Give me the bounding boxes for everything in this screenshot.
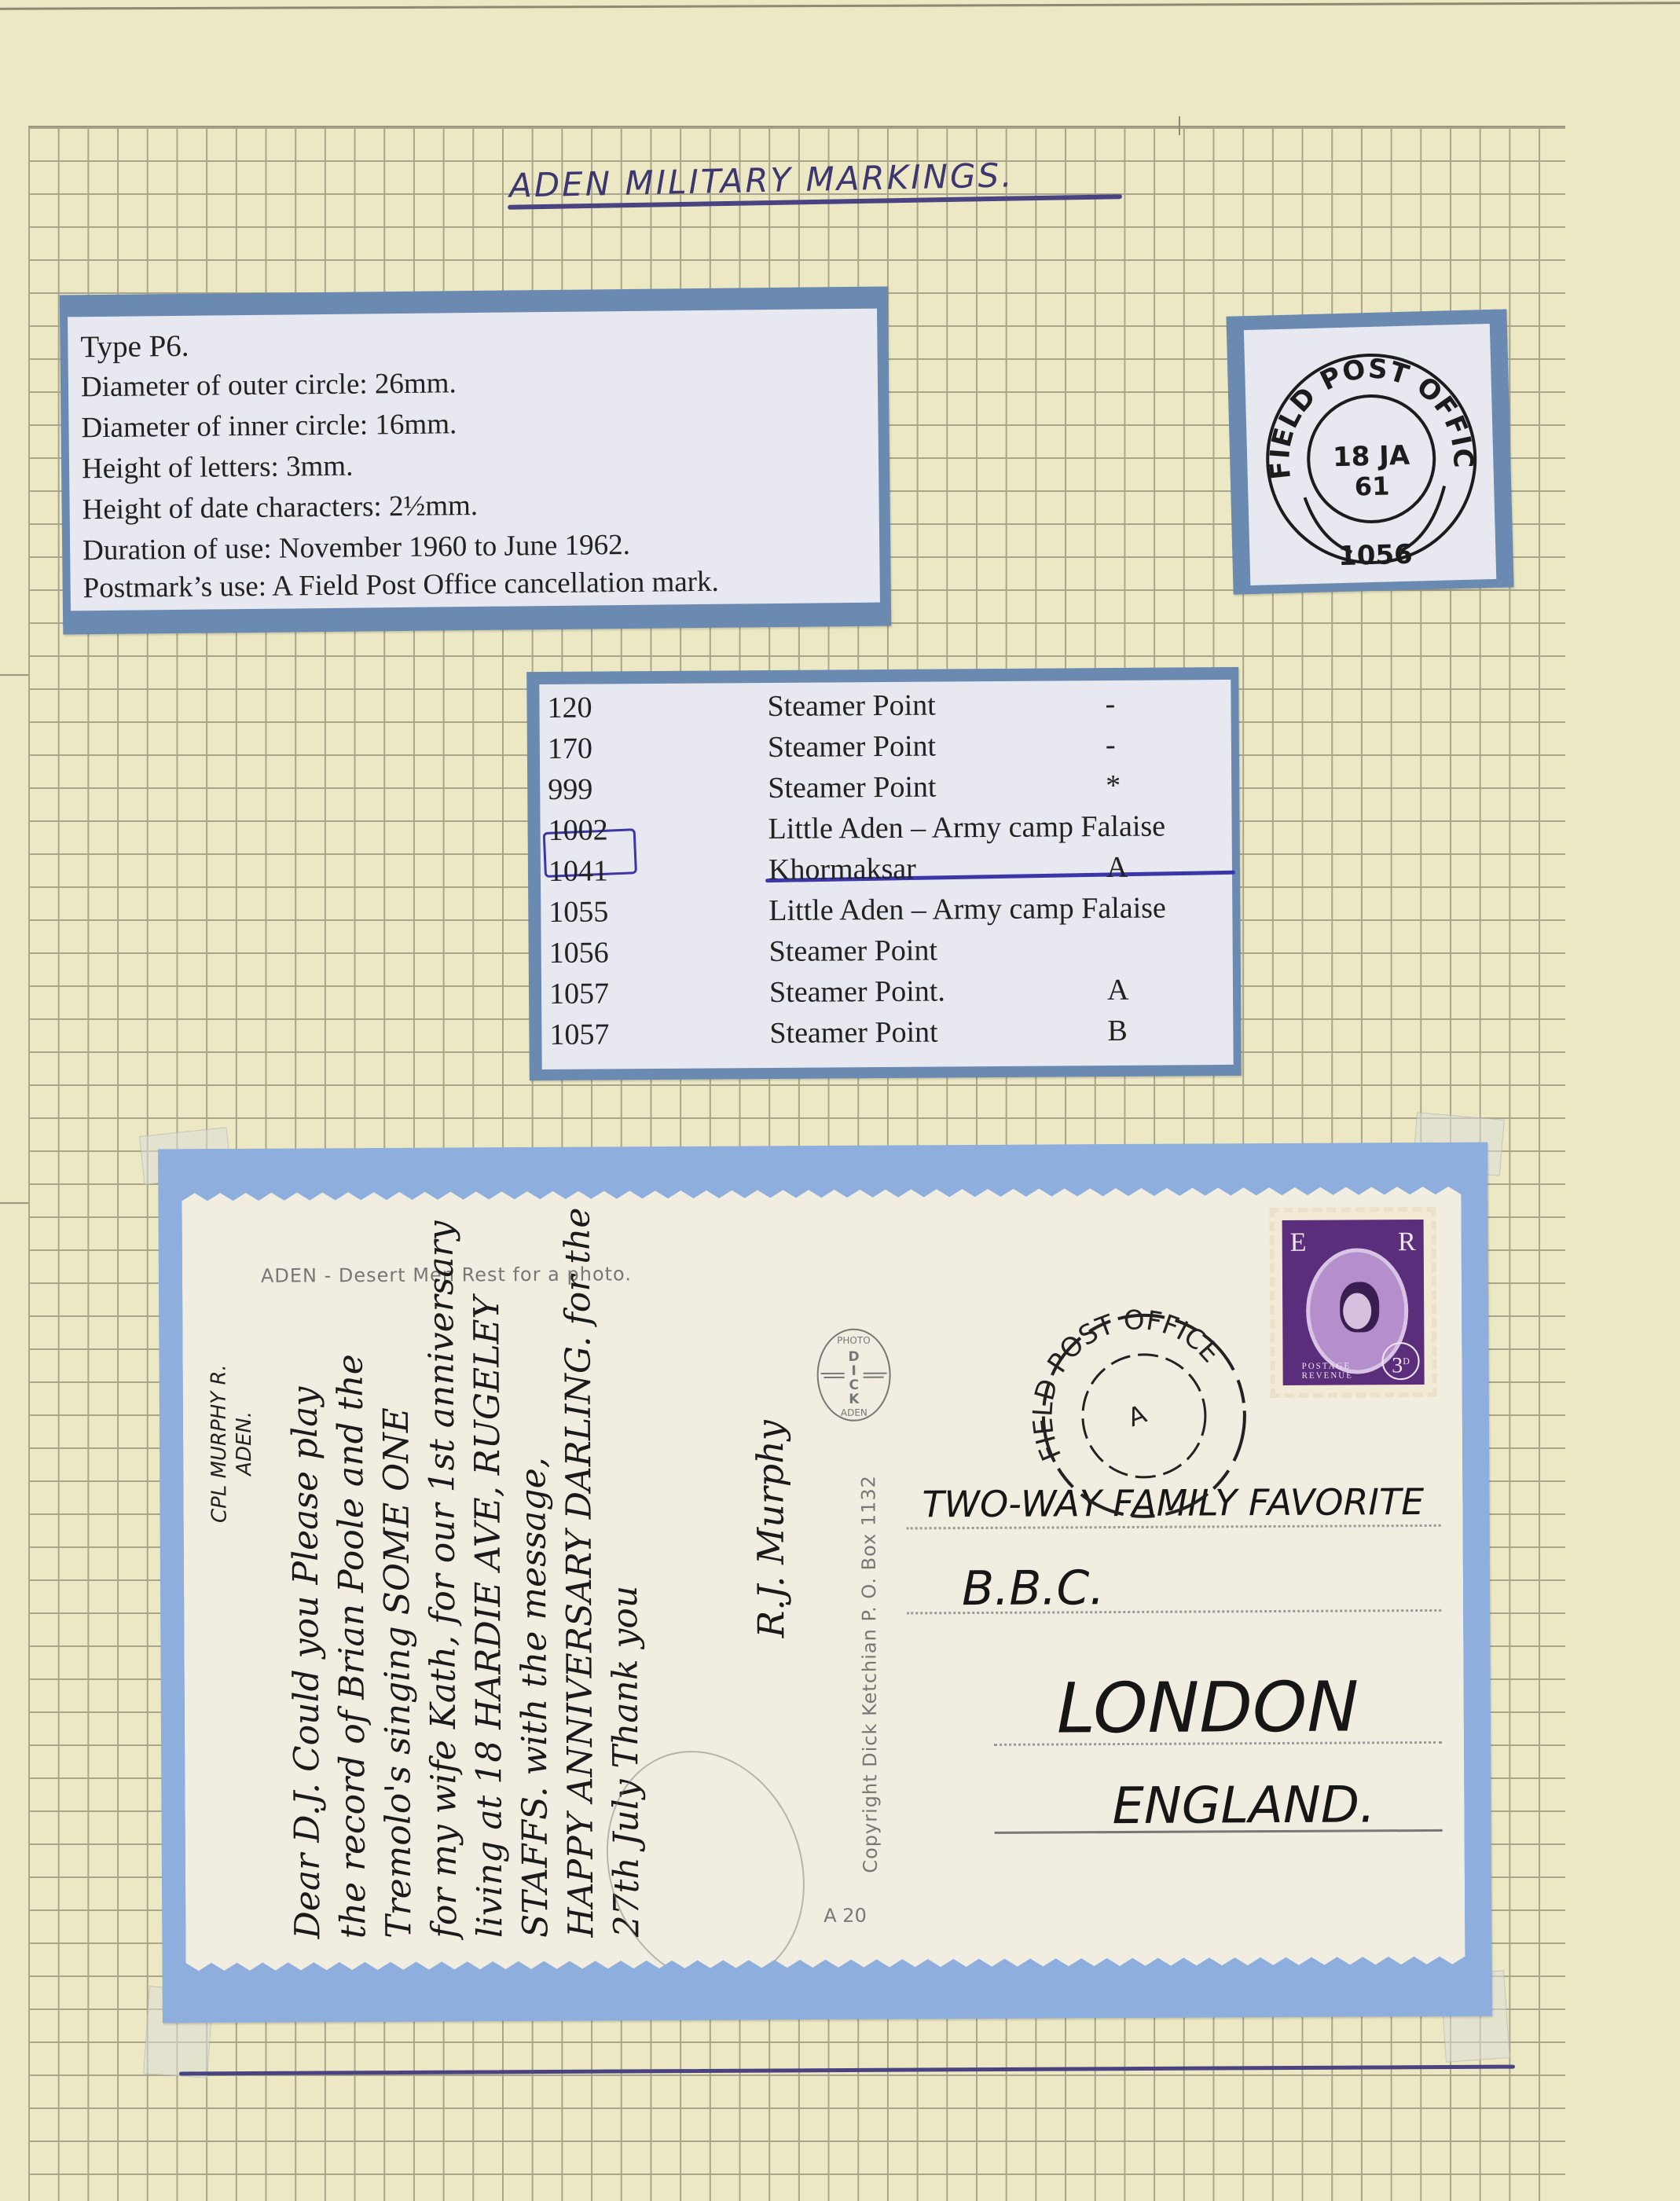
fpo-number: 1057	[549, 976, 609, 1011]
fpo-mark: A	[1107, 973, 1129, 1007]
svg-text:18 JA: 18 JA	[1333, 440, 1411, 474]
postcard-mount: ADEN - Desert Men Rest for a photo. CPL …	[158, 1143, 1492, 2023]
fpo-location: Steamer Point	[767, 688, 936, 724]
copyright-line: Copyright Dick Ketchian P. O. Box 1132	[857, 1475, 882, 1873]
portrait-face	[1343, 1293, 1371, 1329]
spec-card: Type P6. Diameter of outer circle: 26mm.…	[68, 309, 880, 611]
handwritten-message: Dear D.J. Could you Please play the reco…	[284, 1198, 652, 1939]
stamp-value-unit: D	[1403, 1355, 1410, 1366]
stamp-design: E R POSTAGE REVENUE 3D	[1282, 1220, 1425, 1385]
table-row: 1055Little Aden – Army camp Falaise	[541, 890, 1232, 934]
fpo-location: Little Aden – Army camp Falaise	[768, 809, 1165, 846]
stamp-value-number: 3	[1392, 1353, 1403, 1377]
left-margin-tick	[0, 674, 28, 676]
message-line: Dear D.J. Could you Please play	[284, 1200, 333, 1939]
fpo-location: Little Aden – Army camp Falaise	[768, 890, 1166, 928]
stamp-inscription: POSTAGE REVENUE	[1302, 1361, 1353, 1380]
message-line: STAFFS. with the message,	[512, 1199, 561, 1938]
fpo-number: 1057	[549, 1017, 609, 1052]
fpo-number: 1055	[548, 894, 608, 930]
spec-letter-height: Height of letters: 3mm.	[82, 449, 354, 486]
stamp-inscription-revenue: REVENUE	[1302, 1370, 1353, 1380]
spec-date-height: Height of date characters: 2½mm.	[82, 489, 478, 526]
fpo-location: Steamer Point	[769, 934, 938, 969]
message-line: for my wife Kath, for our 1st anniversar…	[420, 1199, 470, 1938]
signature: R.J. Murphy	[749, 1420, 792, 1638]
spec-duration: Duration of use: November 1960 to June 1…	[83, 528, 630, 567]
spec-usage: Postmark’s use: A Field Post Office canc…	[83, 565, 718, 605]
table-row: 1041KhormaksarA	[541, 849, 1232, 893]
page-top-rule	[0, 2, 1680, 9]
spec-card-mount: Type P6. Diameter of outer circle: 26mm.…	[60, 286, 891, 634]
postmark-mount: FIELD POST OFFICE 18 JA 61 1056	[1226, 309, 1513, 594]
fpo-number: 999	[548, 772, 592, 807]
svg-text:K: K	[849, 1392, 860, 1407]
spec-inner-diameter: Diameter of inner circle: 16mm.	[81, 407, 457, 445]
fpo-number: 120	[547, 691, 592, 725]
fpo-number: 1002	[548, 813, 607, 848]
series-code: A 20	[823, 1905, 867, 1927]
fpo-location: Steamer Point.	[769, 974, 945, 1010]
fpo-number: 1041	[548, 853, 608, 889]
grid-center-tick	[1179, 116, 1180, 135]
svg-text:1056: 1056	[1338, 539, 1414, 572]
fpo-table-mount: 120Steamer Point-170Steamer Point-999Ste…	[526, 667, 1242, 1080]
field-post-office-cancellation-icon: FIELD POST OFFICE A	[1029, 1305, 1259, 1535]
table-row: 170Steamer Point-	[540, 727, 1231, 771]
svg-text:61: 61	[1354, 471, 1390, 501]
fpo-mark: -	[1106, 728, 1116, 762]
sender-name: CPL MURPHY R.	[207, 1364, 233, 1523]
table-row: 120Steamer Point-	[539, 686, 1231, 730]
postage-stamp-3d: E R POSTAGE REVENUE 3D	[1270, 1207, 1437, 1398]
address-line-3: LONDON	[1057, 1666, 1359, 1748]
table-row: 1056Steamer Point	[541, 931, 1233, 975]
fpo-number: 170	[548, 732, 592, 766]
fpo-location: Khormaksar	[768, 852, 916, 887]
fpo-mark: B	[1107, 1014, 1128, 1048]
sender-address: CPL MURPHY R. ADEN.	[207, 1364, 258, 1523]
stamp-cypher-right: R	[1398, 1227, 1416, 1257]
table-row: 1002Little Aden – Army camp Falaise	[540, 809, 1231, 853]
fpo-location: Steamer Point	[768, 729, 937, 765]
stamp-inscription-postage: POSTAGE	[1302, 1361, 1353, 1370]
fpo-number: 1056	[549, 935, 609, 970]
fpo-mark: A	[1106, 850, 1128, 885]
fpo-mark: -	[1105, 687, 1115, 721]
svg-text:ADEN: ADEN	[841, 1407, 868, 1418]
fpo-location: Steamer Point	[769, 1015, 938, 1051]
field-post-office-postmark-icon: FIELD POST OFFICE 18 JA 61 1056	[1244, 324, 1496, 585]
message-line: the record of Brian Poole and the	[329, 1200, 379, 1939]
message-line: Tremolo's singing SOME ONE	[375, 1200, 424, 1939]
message-line: living at 18 HARDIE AVE, RUGELEY	[466, 1199, 515, 1938]
table-row: 1057Steamer PointB	[541, 1013, 1233, 1057]
svg-text:A: A	[1124, 1399, 1150, 1432]
spec-outer-diameter: Diameter of outer circle: 26mm.	[81, 366, 457, 404]
postcard: ADEN - Desert Men Rest for a photo. CPL …	[182, 1179, 1465, 1979]
fpo-table: 120Steamer Point-170Steamer Point-999Ste…	[539, 680, 1233, 1069]
table-row: 999Steamer Point*	[540, 768, 1231, 812]
address-line-4: ENGLAND.	[1112, 1776, 1375, 1836]
stamp-cypher-left: E	[1290, 1228, 1307, 1258]
postmark-card: FIELD POST OFFICE 18 JA 61 1056	[1244, 324, 1496, 585]
message-line: HAPPY ANNIVERSARY DARLING. for the	[557, 1198, 607, 1937]
fpo-location: Steamer Point	[768, 770, 937, 805]
sender-location: ADEN.	[232, 1364, 258, 1523]
svg-text:PHOTO: PHOTO	[837, 1335, 871, 1346]
spec-type: Type P6.	[80, 328, 189, 365]
fpo-mark: *	[1106, 769, 1121, 803]
stamp-value: 3D	[1381, 1342, 1419, 1380]
left-margin-tick-2	[0, 1202, 28, 1204]
photo-dick-aden-logo-icon: PHOTO D I C K ADEN	[814, 1326, 893, 1425]
address-line-2: B.B.C.	[962, 1561, 1105, 1616]
table-row: 1057Steamer Point.A	[541, 972, 1233, 1016]
